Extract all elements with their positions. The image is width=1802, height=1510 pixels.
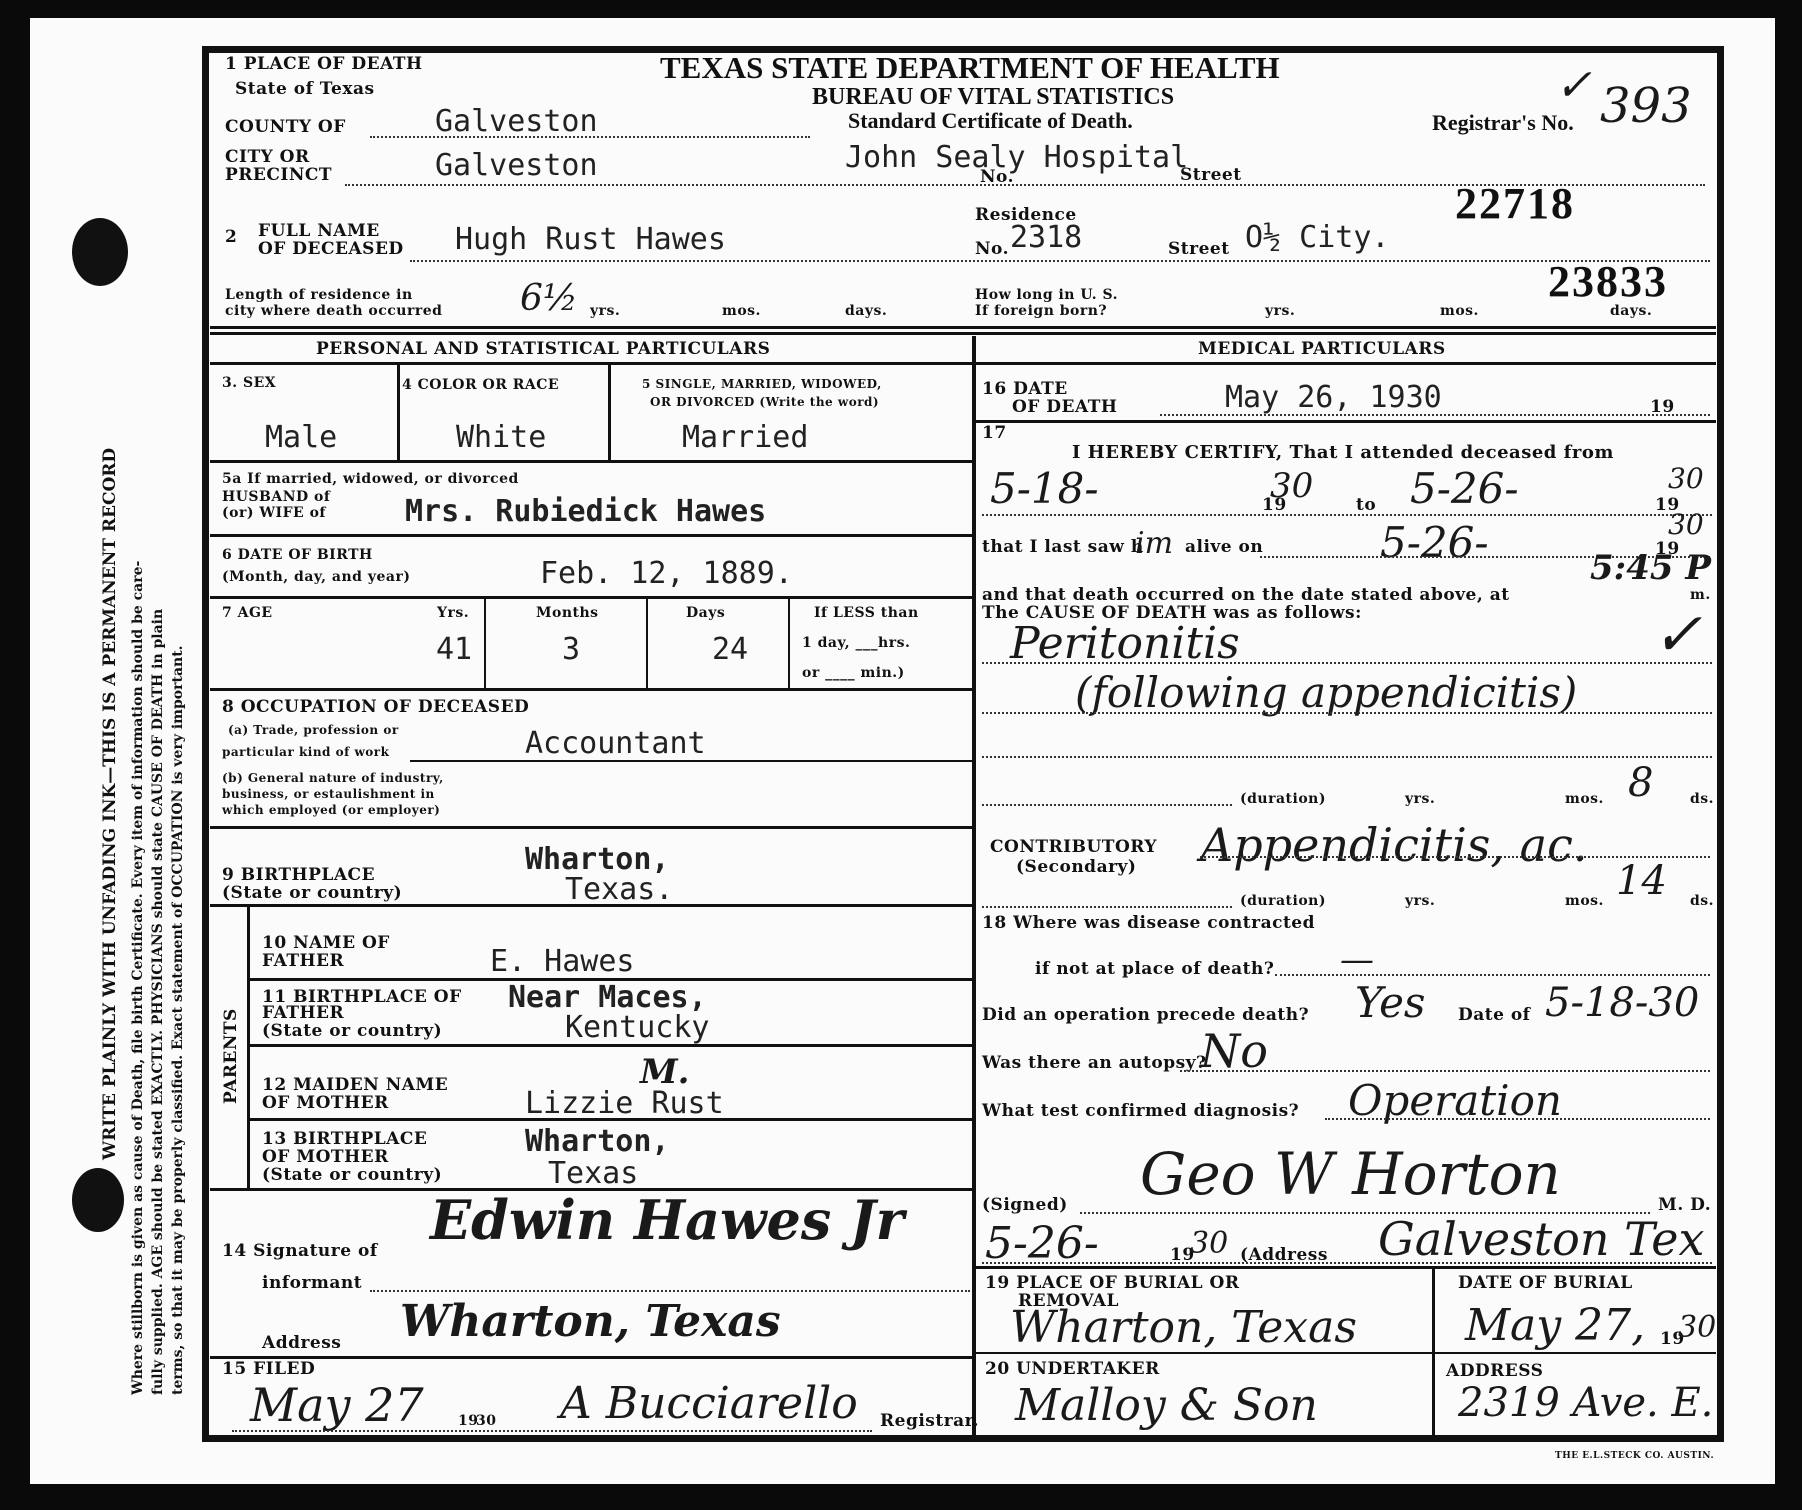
- father-bp-value-2: Kentucky: [565, 1010, 710, 1045]
- certify-text: I HEREBY CERTIFY, That I attended deceas…: [1072, 444, 1614, 462]
- residence-street-value: O½ City.: [1245, 220, 1390, 255]
- marital-value: Married: [682, 420, 808, 455]
- autopsy-label: Was there an autopsy?: [982, 1054, 1207, 1072]
- city-value: Galveston: [435, 148, 598, 183]
- county-value: Galveston: [435, 104, 598, 139]
- occupation-underline: [410, 760, 972, 762]
- county-underline: [370, 136, 810, 138]
- attended-from: 5-18-: [990, 464, 1099, 513]
- sex-value: Male: [265, 420, 337, 455]
- to-year: 30: [1668, 462, 1704, 495]
- mother-bp-label-2: OF MOTHER: [262, 1148, 389, 1166]
- cause-line-1: [982, 662, 1712, 664]
- tick-mark-icon: ✓: [1652, 600, 1702, 670]
- spouse-value: Mrs. Rubiedick Hawes: [405, 494, 766, 529]
- us-yrs-label: yrs.: [1265, 304, 1295, 319]
- mother-bp-value-1: Wharton,: [525, 1124, 670, 1159]
- burial-year: 30: [1678, 1310, 1716, 1345]
- county-label: COUNTY OF: [225, 118, 346, 136]
- name-label-1: FULL NAME: [258, 222, 380, 240]
- dur-mos-label-2: mos.: [1565, 894, 1604, 909]
- registrar-no-label: Registrar's No.: [1432, 110, 1574, 136]
- occ-a-label-1: (a) Trade, profession or: [228, 724, 399, 737]
- filed-year: 30: [476, 1414, 496, 1429]
- duration-label-1: (duration): [1240, 792, 1326, 807]
- marital-label-1: 5 SINGLE, MARRIED, WIDOWED,: [642, 378, 882, 391]
- birthplace-label-1: 9 BIRTHPLACE: [222, 866, 375, 884]
- dod-label-2: OF DEATH: [1012, 398, 1117, 416]
- informant-sig-label-1: 14 Signature of: [222, 1242, 378, 1260]
- personal-rule: [210, 362, 972, 365]
- cause-line-2: [982, 712, 1712, 714]
- occ-b-label-2: business, or estaulishment in: [222, 788, 435, 801]
- duration-label-2: (duration): [1240, 894, 1326, 909]
- burial-date-value: May 27,: [1465, 1300, 1645, 1351]
- margin-instruction-1: WRITE PLAINLY WITH UNFADING INK—THIS IS …: [100, 448, 120, 1160]
- race-value: White: [456, 420, 546, 455]
- dob-label-2: (Month, day, and year): [222, 570, 410, 585]
- ink-blot-top: [72, 218, 128, 286]
- item17-label: 17: [982, 424, 1007, 442]
- city-label-2: PRECINCT: [225, 166, 332, 184]
- margin-instruction-2: Where stillborn is given as cause of Dea…: [130, 561, 146, 1395]
- rule-after-sex: [210, 460, 972, 463]
- not-place-underline: [1275, 974, 1710, 976]
- length-label-1: Length of residence in: [225, 288, 413, 303]
- less-than-label-1: If LESS than: [814, 606, 919, 621]
- mother-value: Lizzie Rust: [525, 1086, 724, 1121]
- physician-signature: Geo W Horton: [1140, 1140, 1561, 1208]
- age-yrs-divider: [484, 598, 486, 690]
- sex-divider: [397, 364, 400, 460]
- marital-label-2: OR DIVORCED (Write the word): [650, 396, 879, 409]
- physician-address-value: Galveston Tex: [1378, 1212, 1704, 1266]
- name-underline: [410, 260, 1710, 262]
- us-mos-label: mos.: [1440, 304, 1479, 319]
- mother-label-1: 12 MAIDEN NAME: [262, 1076, 448, 1094]
- days-label: days.: [845, 304, 887, 319]
- burial-address-value: 2319 Ave. E.: [1458, 1380, 1713, 1426]
- contributory-label-1: CONTRIBUTORY: [990, 838, 1157, 856]
- contributory-label-2: (Secondary): [1016, 858, 1136, 876]
- death-time-value: 5:45 P: [1590, 548, 1711, 588]
- burial-place-label-1: 19 PLACE OF BURIAL OR: [985, 1274, 1239, 1292]
- spouse-label-1: 5a If married, widowed, or divorced: [222, 472, 519, 487]
- age-days-value: 24: [712, 632, 748, 667]
- us-days-label: days.: [1610, 304, 1652, 319]
- occupation-label: 8 OCCUPATION OF DECEASED: [222, 698, 529, 716]
- burial-address-label: ADDRESS: [1446, 1362, 1543, 1380]
- length-label-2: city where death occurred: [225, 304, 442, 319]
- test-label: What test confirmed diagnosis?: [982, 1102, 1299, 1120]
- city-label-1: CITY OR: [225, 148, 310, 166]
- mother-bp-label-1: 13 BIRTHPLACE: [262, 1130, 427, 1148]
- name-label-2: OF DECEASED: [258, 240, 404, 258]
- father-label-2: FATHER: [262, 952, 344, 970]
- duration-line-2: [982, 906, 1232, 908]
- burial-date-label: DATE OF BURIAL: [1458, 1274, 1633, 1292]
- occ-b-label-1: (b) General nature of industry,: [222, 772, 444, 785]
- cause-line-3: [982, 756, 1712, 758]
- rule-after-dod: [976, 420, 1716, 423]
- medical-section-title: MEDICAL PARTICULARS: [1198, 340, 1446, 358]
- parents-divider: [247, 906, 250, 1188]
- attended-to: 5-26-: [1410, 464, 1519, 513]
- page-title: TEXAS STATE DEPARTMENT OF HEALTH: [660, 50, 1280, 86]
- rule-after-mother: [250, 1118, 972, 1121]
- last-alive-value: 5-26-: [1380, 518, 1489, 567]
- us-label-2: If foreign born?: [975, 304, 1107, 319]
- less-than-label-2: 1 day, ___hrs.: [802, 636, 910, 651]
- rule-after-informant: [210, 1356, 972, 1359]
- registrar-label: Registrar.: [880, 1412, 979, 1430]
- signed-year: 30: [1190, 1226, 1228, 1261]
- age-yrs-value: 41: [436, 632, 472, 667]
- item1-label: 1 PLACE OF DEATH: [225, 55, 423, 73]
- dur-ds-label-1: ds.: [1690, 792, 1714, 807]
- contributory-value: Appendicitis, ac.: [1200, 818, 1587, 872]
- header-rule-1: [210, 326, 1716, 329]
- spouse-label-2: HUSBAND of: [222, 490, 330, 505]
- birthplace-label-2: (State or country): [222, 884, 402, 902]
- dod-label-1: 16 DATE: [982, 380, 1068, 398]
- age-months-label: Months: [536, 606, 599, 621]
- occupation-value: Accountant: [525, 726, 706, 761]
- filed-date: May 27: [250, 1378, 424, 1432]
- cause-duration-days: 8: [1628, 760, 1653, 806]
- rule-after-occupation: [210, 826, 972, 829]
- residence-street-label: Street: [1168, 240, 1230, 258]
- residence-no-value: 2318: [1010, 220, 1082, 255]
- full-name-value: Hugh Rust Hawes: [455, 222, 726, 257]
- occ-a-label-2: particular kind of work: [222, 746, 389, 759]
- operation-label: Did an operation precede death?: [982, 1006, 1309, 1024]
- operation-date-value: 5-18-30: [1545, 980, 1699, 1026]
- father-bp-label-2: FATHER: [262, 1004, 344, 1022]
- rule-after-birthplace: [210, 904, 972, 907]
- street-label: Street: [1180, 166, 1242, 184]
- dob-label-1: 6 DATE OF BIRTH: [222, 548, 373, 563]
- margin-instruction-4: terms, so that it may be properly classi…: [170, 645, 186, 1395]
- undertaker-value: Malloy & Son: [1015, 1380, 1318, 1431]
- header-rule-2: [210, 332, 1716, 335]
- rule-after-age: [210, 688, 972, 691]
- dur-ds-label-2: ds.: [1690, 894, 1714, 909]
- operation-date-label: Date of: [1458, 1006, 1531, 1024]
- birthplace-value-2: Texas.: [565, 872, 673, 907]
- age-label: 7 AGE: [222, 606, 273, 621]
- age-days-divider: [788, 598, 790, 690]
- state-label: State of Texas: [235, 80, 375, 98]
- dur-mos-label-1: mos.: [1565, 792, 1604, 807]
- duration-line-1: [982, 804, 1232, 806]
- registrar-signature: A Bucciarello: [560, 1378, 858, 1429]
- informant-underline: [370, 1290, 970, 1292]
- mother-bp-label-3: (State or country): [262, 1166, 442, 1184]
- informant-sig-label-2: informant: [262, 1274, 362, 1292]
- age-months-value: 3: [562, 632, 580, 667]
- date-of-death-value: May 26, 1930: [1225, 380, 1442, 415]
- age-days-label: Days: [686, 606, 725, 621]
- autopsy-underline: [1180, 1070, 1710, 1072]
- father-value: E. Hawes: [490, 944, 635, 979]
- undertaker-label: 20 UNDERTAKER: [985, 1360, 1160, 1378]
- item18-label: 18 Where was disease contracted: [982, 914, 1315, 932]
- rule-burial-mid: [976, 1352, 1716, 1354]
- rule-after-dob: [210, 596, 972, 599]
- age-yrs-label: Yrs.: [437, 606, 469, 621]
- race-divider: [608, 364, 611, 460]
- sex-label: 3. SEX: [222, 376, 276, 391]
- us-label-1: How long in U. S.: [975, 288, 1118, 303]
- length-years-value: 6½: [520, 278, 578, 319]
- rule-after-medical: [976, 1266, 1716, 1269]
- operation-value: Yes: [1355, 978, 1426, 1027]
- test-underline: [1325, 1118, 1710, 1120]
- mother-label-2: OF MOTHER: [262, 1094, 389, 1112]
- stamp-number-2: 23833: [1548, 256, 1668, 307]
- informant-signature: Edwin Hawes Jr: [430, 1188, 904, 1252]
- informant-address-label: Address: [262, 1334, 341, 1352]
- contrib-duration-days: 14: [1616, 858, 1667, 904]
- to-label: to: [1356, 496, 1376, 514]
- institution-value: John Sealy Hospital: [845, 140, 1188, 175]
- bureau-title: BUREAU OF VITAL STATISTICS: [812, 84, 1174, 111]
- rule-after-spouse: [210, 534, 972, 537]
- registrar-no: 393: [1600, 78, 1692, 134]
- dur-yrs-label-1: yrs.: [1405, 792, 1435, 807]
- dod-underline: [1160, 414, 1710, 416]
- dur-yrs-label-2: yrs.: [1405, 894, 1435, 909]
- yrs-label: yrs.: [590, 304, 620, 319]
- mos-label: mos.: [722, 304, 761, 319]
- attended-underline: [982, 514, 1712, 516]
- last-saw-pronoun: im: [1135, 526, 1173, 561]
- alive-label: alive on: [1185, 538, 1263, 556]
- signed-label: (Signed): [982, 1196, 1068, 1214]
- informant-address-value: Wharton, Texas: [400, 1296, 781, 1347]
- dob-value: Feb. 12, 1889.: [540, 556, 793, 591]
- ink-blot-bottom: [72, 1168, 124, 1232]
- last-saw-label: that I last saw h: [982, 538, 1144, 556]
- certificate-title: Standard Certificate of Death.: [848, 108, 1133, 134]
- margin-instruction-3: fully supplied. AGE should be stated EXA…: [150, 609, 166, 1395]
- father-bp-label-3: (State or country): [262, 1022, 442, 1040]
- check-mark-icon: ✓: [1555, 60, 1592, 111]
- cause-2-value: (following appendicitis): [1075, 668, 1577, 717]
- medical-rule: [976, 362, 1716, 365]
- item2-number: 2: [225, 228, 237, 246]
- last-alive-year: 30: [1668, 508, 1704, 541]
- filed-label: 15 FILED: [222, 1360, 315, 1378]
- age-months-divider: [646, 598, 648, 690]
- death-time-label: and that death occurred on the date stat…: [982, 586, 1510, 604]
- stamp-number-1: 22718: [1455, 178, 1575, 229]
- spouse-label-3: (or) WIFE of: [222, 506, 326, 521]
- race-label: 4 COLOR OR RACE: [402, 378, 559, 393]
- occ-b-label-3: which employed (or employer): [222, 804, 440, 817]
- printer-credit: THE E.L.STECK CO. AUSTIN.: [1555, 1450, 1714, 1463]
- residence-no-label: No.: [975, 240, 1009, 258]
- burial-place-value: Wharton, Texas: [1010, 1302, 1357, 1353]
- mother-bp-value-2: Texas: [548, 1156, 638, 1191]
- from-year: 30: [1270, 466, 1313, 506]
- not-place-label: if not at place of death?: [1035, 960, 1274, 978]
- signed-date-underline: [982, 1262, 1712, 1264]
- less-than-label-3: or ____ min.): [802, 666, 905, 681]
- parents-side-label: PARENTS: [222, 1008, 240, 1104]
- rule-after-father-bp: [250, 1044, 972, 1047]
- father-label-1: 10 NAME OF: [262, 934, 390, 952]
- column-divider: [972, 336, 976, 1436]
- personal-section-title: PERSONAL AND STATISTICAL PARTICULARS: [316, 340, 770, 358]
- filed-underline: [232, 1430, 872, 1432]
